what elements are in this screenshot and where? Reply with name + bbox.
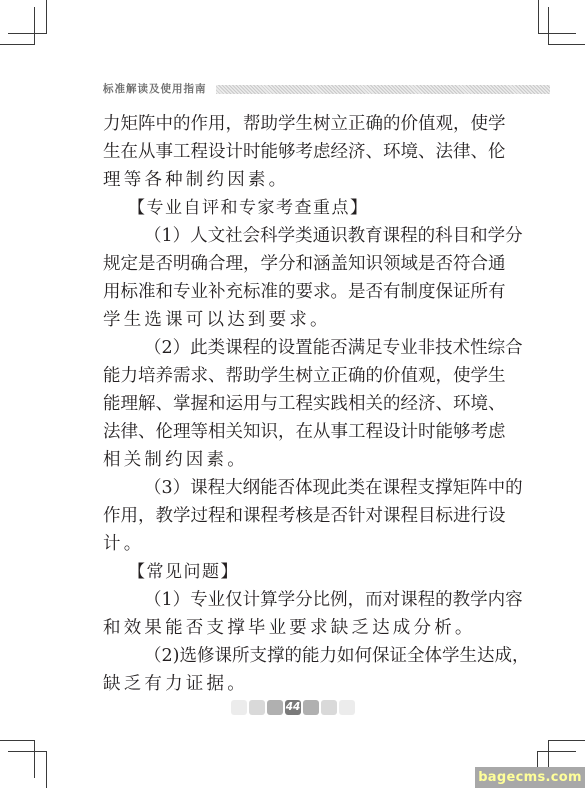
crop-mark-line xyxy=(34,7,35,45)
paragraph-line: 生在从事工程设计时能够考虑经济、环境、法律、伦 xyxy=(103,140,485,164)
paragraph-line: 作用，教学过程和课程考核是否针对课程目标进行设 xyxy=(103,504,485,528)
crop-mark-line xyxy=(548,7,549,45)
page-number-strip: 44 xyxy=(231,700,355,715)
paragraph-line: 相关制约因素。 xyxy=(103,448,485,472)
crop-mark-line xyxy=(538,0,539,34)
paragraph-line: 规定是否明确合理，学分和涵盖知识领域是否符合通 xyxy=(103,252,485,276)
paragraph-line: 计。 xyxy=(103,532,485,556)
crop-mark-line xyxy=(8,33,47,34)
paragraph-line: （2)选修课所支撑的能力如何保证全体学生达成， xyxy=(144,644,485,668)
crop-mark-line xyxy=(46,0,47,34)
watermark: bagecms.com xyxy=(475,767,585,788)
crop-mark-line xyxy=(46,751,47,788)
crop-mark-line xyxy=(34,740,35,778)
paragraph-line: 用标准和专业补充标准的要求。是否有制度保证所有 xyxy=(103,280,485,304)
crop-mark-line xyxy=(538,751,576,752)
section-heading-problems: 【常见问题】 xyxy=(128,560,239,584)
paragraph-line: （2）此类课程的设置能否满足专业非技术性综合 xyxy=(144,336,485,360)
crop-mark-line xyxy=(548,740,585,741)
running-head-title: 标准解读及使用指南 xyxy=(103,83,207,95)
page-strip-block xyxy=(231,700,247,715)
paragraph-line: （1）专业仅计算学分比例，而对课程的教学内容 xyxy=(144,588,485,612)
page-strip-block xyxy=(249,700,265,715)
page-strip-block xyxy=(267,700,283,715)
paragraph-line: 力矩阵中的作用，帮助学生树立正确的价值观，使学 xyxy=(103,112,485,136)
paragraph-line: （3）课程大纲能否体现此类在课程支撑矩阵中的 xyxy=(144,476,485,500)
paragraph-line: （1）人文社会科学类通识教育课程的科目和学分 xyxy=(144,224,485,248)
crop-mark-line xyxy=(538,33,576,34)
page-number: 44 xyxy=(285,700,301,715)
running-head-bar xyxy=(216,85,550,94)
crop-mark-line xyxy=(548,44,585,45)
page-strip-block xyxy=(339,700,355,715)
paragraph-line: 理等各种制约因素。 xyxy=(103,168,485,192)
paragraph-line: 学生选课可以达到要求。 xyxy=(103,308,485,332)
paragraph-line: 缺乏有力证据。 xyxy=(103,672,485,696)
paragraph-line: 和效果能否支撑毕业要求缺乏达成分析。 xyxy=(103,616,485,640)
crop-mark-line xyxy=(8,751,47,752)
crop-mark-line xyxy=(0,44,35,45)
section-heading-review: 【专业自评和专家考查重点】 xyxy=(128,196,369,220)
paragraph-line: 能力培养需求、帮助学生树立正确的价值观，使学生 xyxy=(103,364,485,388)
paragraph-line: 能理解、掌握和运用与工程实践相关的经济、环境、 xyxy=(103,392,485,416)
page-strip-block xyxy=(303,700,319,715)
page-strip-block xyxy=(321,700,337,715)
paragraph-line: 法律、伦理等相关知识，在从事工程设计时能够考虑 xyxy=(103,420,485,444)
crop-mark-line xyxy=(0,740,35,741)
